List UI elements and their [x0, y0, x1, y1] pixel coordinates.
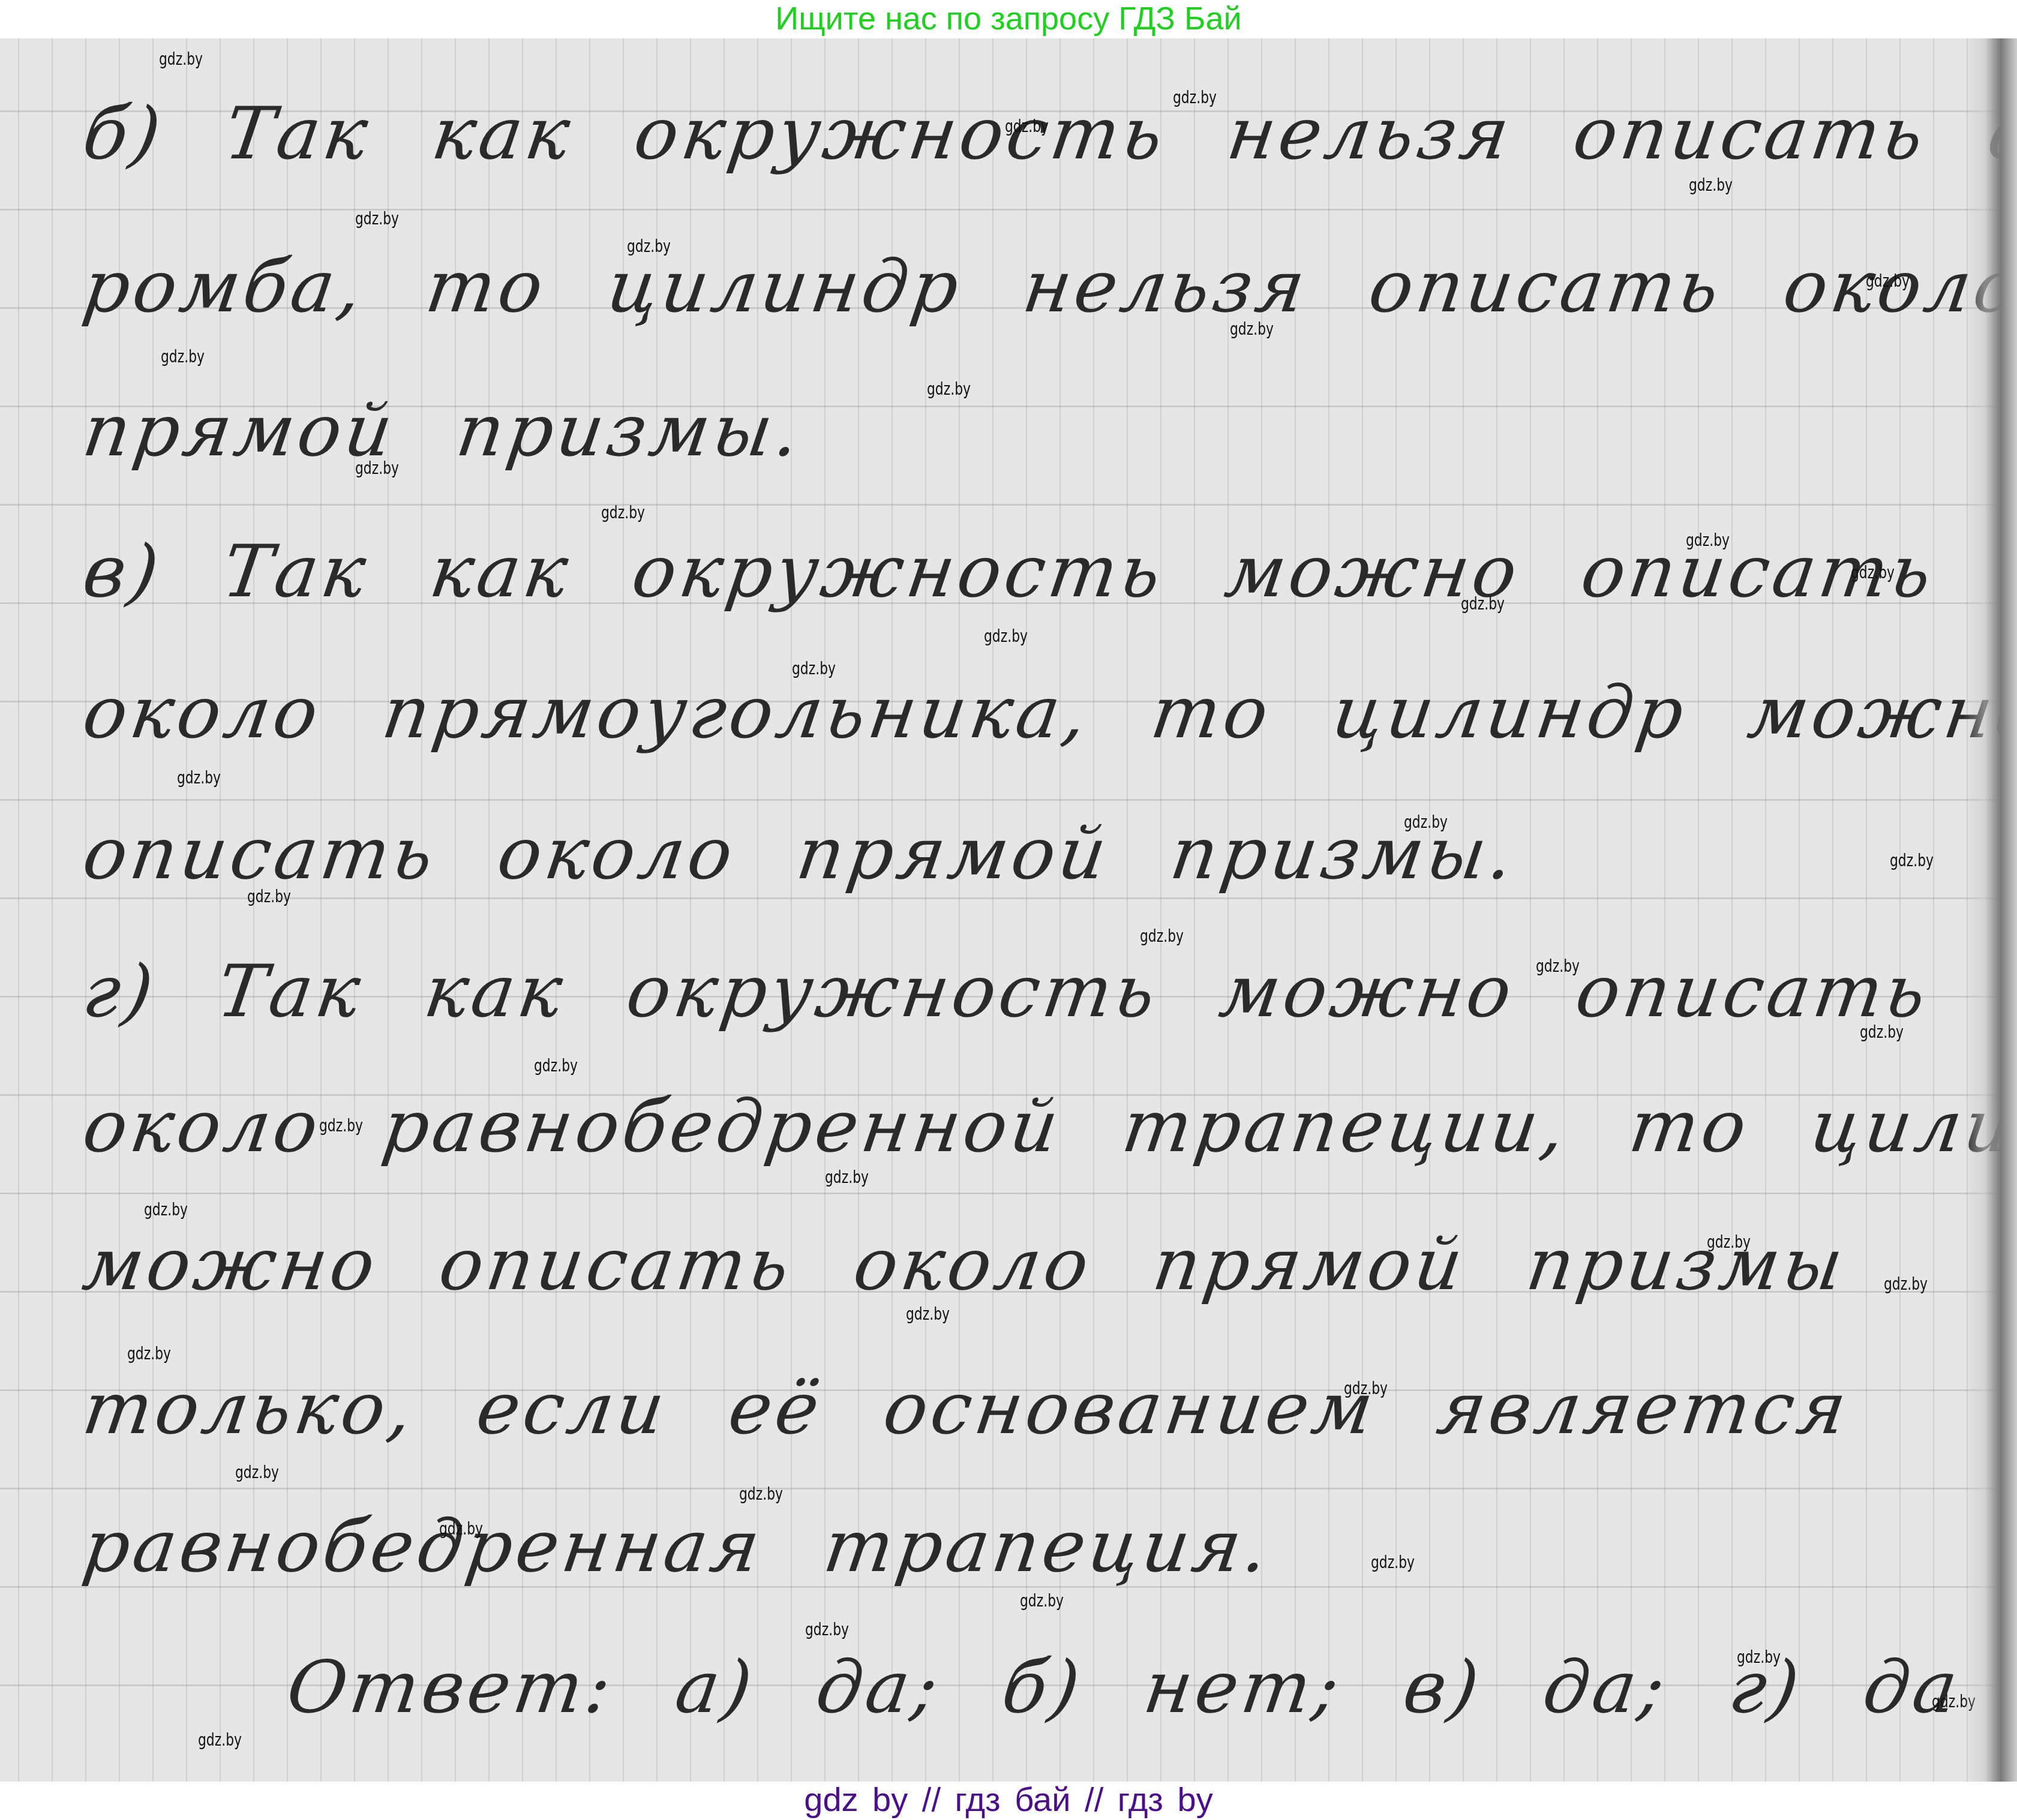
- watermark: gdz.by: [1884, 1274, 1928, 1294]
- watermark: gdz.by: [439, 1519, 483, 1539]
- watermark: gdz.by: [1404, 812, 1448, 832]
- handwritten-line: равнобедренная трапеция.: [78, 1505, 1951, 1588]
- watermark: gdz.by: [1932, 1692, 1976, 1711]
- watermark: gdz.by: [159, 49, 203, 69]
- handwritten-line: в) Так как окружность можно описать: [78, 530, 1951, 614]
- watermark: gdz.by: [792, 659, 836, 678]
- watermark: gdz.by: [601, 503, 645, 522]
- answer-line: Ответ: а) да; б) нет; в) да; г) да части…: [282, 1646, 1951, 1729]
- notebook-page: б) Так как окружность нельзя описать око…: [0, 38, 2017, 1782]
- handwritten-line: описать около прямой призмы.: [78, 812, 1951, 896]
- watermark: gdz.by: [825, 1167, 869, 1187]
- watermark: gdz.by: [1371, 1552, 1415, 1572]
- watermark: gdz.by: [1851, 563, 1895, 582]
- watermark: gdz.by: [1860, 1022, 1904, 1042]
- watermark: gdz.by: [627, 236, 671, 256]
- watermark: gdz.by: [1173, 88, 1217, 107]
- handwritten-line: можно описать около прямой призмы: [78, 1223, 1951, 1307]
- watermark: gdz.by: [1020, 1591, 1064, 1611]
- watermark: gdz.by: [1890, 851, 1934, 870]
- handwritten-line: только, если её основанием является: [78, 1367, 1951, 1450]
- watermark: gdz.by: [1686, 530, 1730, 550]
- watermark: gdz.by: [1005, 116, 1049, 136]
- top-banner: Ищите нас по запросу ГДЗ Бай: [0, 0, 2017, 38]
- handwritten-line: около прямоугольника, то цилиндр можно: [78, 671, 1951, 755]
- watermark: gdz.by: [177, 768, 221, 788]
- watermark: gdz.by: [1536, 956, 1580, 976]
- watermark: gdz.by: [144, 1200, 188, 1220]
- watermark: gdz.by: [161, 347, 205, 367]
- watermark: gdz.by: [1689, 175, 1733, 195]
- watermark: gdz.by: [319, 1116, 363, 1136]
- watermark: gdz.by: [534, 1056, 578, 1076]
- watermark: gdz.by: [198, 1730, 242, 1750]
- watermark: gdz.by: [1707, 1232, 1751, 1252]
- watermark: gdz.by: [927, 379, 971, 399]
- watermark: gdz.by: [805, 1620, 849, 1639]
- watermark: gdz.by: [1737, 1647, 1781, 1667]
- watermark: gdz.by: [1866, 271, 1910, 291]
- handwritten-line: г) Так как окружность можно описать: [78, 950, 1951, 1034]
- watermark: gdz.by: [906, 1304, 950, 1324]
- watermark: gdz.by: [1230, 319, 1274, 339]
- watermark: gdz.by: [1461, 594, 1505, 614]
- handwritten-line: ромба, то цилиндр нельзя описать около: [78, 245, 1951, 329]
- watermark: gdz.by: [984, 626, 1028, 646]
- bottom-banner: gdz by // гдз бай // гдз by: [0, 1782, 2017, 1820]
- watermark: gdz.by: [1140, 926, 1184, 946]
- watermark: gdz.by: [355, 458, 399, 478]
- watermark: gdz.by: [247, 887, 291, 906]
- watermark: gdz.by: [127, 1344, 171, 1364]
- watermark: gdz.by: [355, 209, 399, 229]
- watermark: gdz.by: [235, 1462, 279, 1482]
- watermark: gdz.by: [739, 1484, 783, 1504]
- watermark: gdz.by: [1344, 1378, 1388, 1398]
